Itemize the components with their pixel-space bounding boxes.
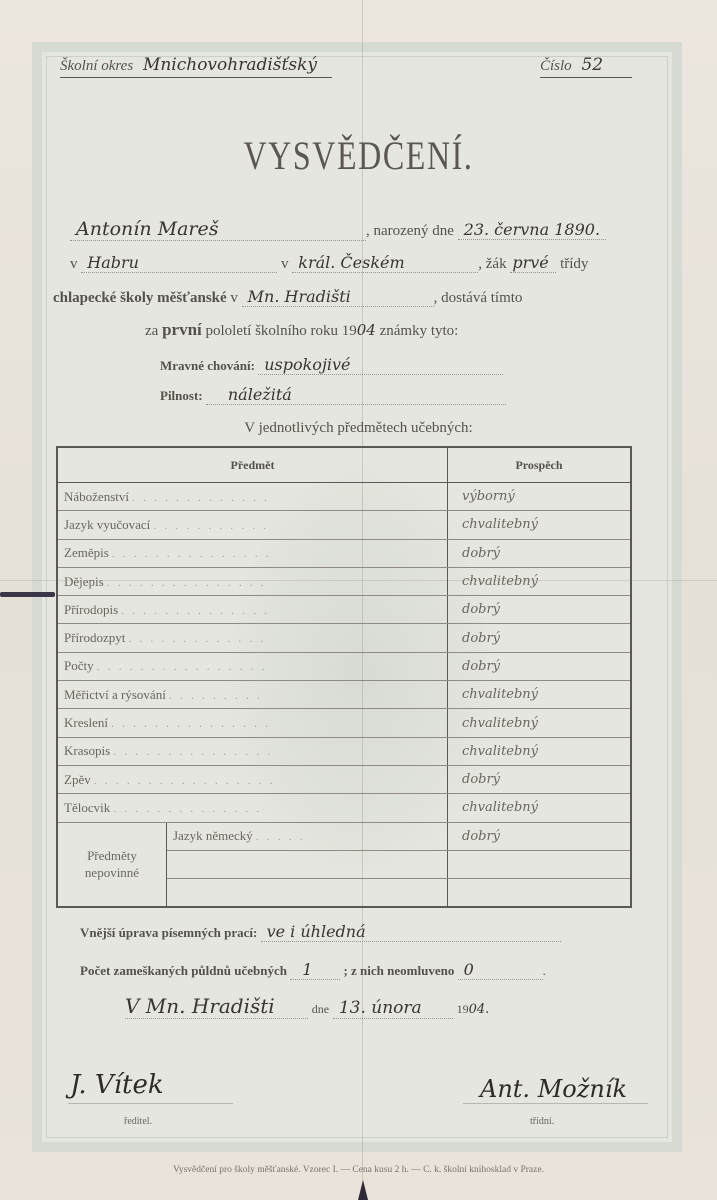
director-signature-line [68,1103,233,1104]
written-work-line: Vnější úprava písemných prací: ve i úhle… [80,922,561,942]
grade-value: dobrý [448,822,632,850]
date-value: 13. února [333,998,453,1019]
grade-value: chvalitebný [448,511,632,539]
subject-name: Kreslení [64,715,108,730]
subject-name: Jazyk německý [173,828,253,843]
subjects-heading: V jednotlivých předmětech učebných: [0,420,717,437]
grade-value [448,879,632,908]
document-title: VYSVĚDČENÍ. [72,132,646,179]
optional-label-1: Předměty [87,848,137,863]
birth-date: 23. června 1890. [458,220,606,240]
header-subject: Předmět [57,447,448,483]
subject-name: Přírodozpyt [64,630,125,645]
absences-end: . [543,963,546,978]
date-year-hand: 04. [469,1002,490,1017]
region-prefix: v [281,256,289,272]
class-suffix: třídy [560,256,588,272]
left-tear [0,592,55,597]
school-prefix: v [230,290,238,306]
district-label: Školní okres [60,58,133,74]
pupil-label: , žák [478,256,506,272]
written-work-value: ve i úhledná [261,922,561,942]
absences-value: 1 [290,960,340,980]
teacher-signature: Ant. Možník [480,1075,627,1103]
number-label: Číslo [540,58,572,74]
diligence-line: Pilnost: náležitá [160,385,506,405]
year-printed: 19 [342,323,357,339]
grade-value: chvalitebný [448,794,632,822]
table-row: Měřictví a rýsování . . . . . . . . .chv… [57,681,631,709]
written-work-label: Vnější úprava písemných prací: [80,925,257,940]
dne-label: dne [312,1002,329,1016]
director-signature: J. Vítek [70,1070,164,1100]
grade-value: chvalitebný [448,681,632,709]
subject-name: Přírodopis [64,602,118,617]
table-row: Kreslení . . . . . . . . . . . . . . .ch… [57,709,631,737]
grade-value: dobrý [448,765,632,793]
subject-name: Dějepis [64,574,104,589]
school-type: chlapecké školy měšťanské [53,290,227,306]
term-suffix: pololetí školního roku [206,323,339,339]
header-grade: Prospěch [448,447,632,483]
table-row: Tělocvik . . . . . . . . . . . . . .chva… [57,794,631,822]
director-label: ředitel. [124,1116,152,1127]
table-row: Počty . . . . . . . . . . . . . . . .dob… [57,652,631,680]
table-row: Zeměpis . . . . . . . . . . . . . . .dob… [57,539,631,567]
school-line: chlapecké školy měšťanské v Mn. Hradišti… [53,287,522,307]
school-place: Mn. Hradišti [242,287,434,307]
student-name-line: Antonín Mareš, narozený dne 23. června 1… [70,218,606,241]
table-row-optional: Předměty nepovinné Jazyk německý . . . .… [57,822,631,850]
grade-value: dobrý [448,539,632,567]
absences-line: Počet zameškaných půldnů učebných 1 ; z … [80,960,546,980]
subject-name: Krasopis [64,743,110,758]
printer-footer: Vysvědčení pro školy měšťanské. Vzorec I… [0,1165,717,1175]
school-district: Školní okres Mnichovohradišťský [60,55,332,78]
born-label: , narozený dne [366,223,454,239]
teacher-label: třídní. [530,1116,554,1127]
grades-suffix: známky tyto: [380,323,459,339]
date-year-printed: 19 [457,1002,469,1016]
region: král. Českém [292,253,478,273]
table-row: Dějepis . . . . . . . . . . . . . . .chv… [57,567,631,595]
subject-name [167,850,448,878]
table-row: Přírodozpyt . . . . . . . . . . . . .dob… [57,624,631,652]
student-name: Antonín Mareš [70,218,366,241]
grade-value: dobrý [448,596,632,624]
diligence-value: náležitá [206,385,506,405]
subject-name: Jazyk vyučovací [64,517,150,532]
class-number: prvé [510,253,556,273]
grade-value: chvalitebný [448,567,632,595]
certificate-number: Číslo 52 [540,55,632,78]
term-line: za první pololetí školního roku 1904 zná… [145,320,458,340]
grade-value: dobrý [448,652,632,680]
teacher-signature-line [463,1103,648,1104]
conduct-value: uspokojivé [258,355,503,375]
absences-label: Počet zameškaných půldnů učebných [80,963,287,978]
table-row: Zpěv . . . . . . . . . . . . . . . . .do… [57,765,631,793]
year-hand: 04 [357,321,376,339]
subject-name: Zpěv [64,772,91,787]
subject-name: Počty [64,658,94,673]
grade-value: chvalitebný [448,737,632,765]
table-row: Náboženství . . . . . . . . . . . . .výb… [57,483,631,511]
grades-table: Předmět Prospěch Náboženství . . . . . .… [56,446,632,908]
subject-name: Náboženství [64,489,129,504]
table-row: Jazyk vyučovací . . . . . . . . . . .chv… [57,511,631,539]
grade-value [448,850,632,878]
subject-name [167,879,448,908]
date-place: V Mn. Hradišti [125,994,308,1019]
subject-name: Zeměpis [64,545,109,560]
birthplace-line: v Habru v král. Českém, žák prvé třídy [70,253,588,273]
number-value: 52 [581,55,603,75]
conduct-line: Mravné chování: uspokojivé [160,355,503,375]
date-line: V Mn. Hradišti dne 13. února 1904. [125,994,489,1019]
term: první [162,320,202,339]
conduct-label: Mravné chování: [160,358,255,373]
subject-name: Tělocvik [64,800,110,815]
district-value: Mnichovohradišťský [143,55,317,75]
place-prefix: v [70,256,78,272]
optional-label-2: nepovinné [85,865,139,880]
grade-value: výborný [448,483,632,511]
table-row: Přírodopis . . . . . . . . . . . . . .do… [57,596,631,624]
grade-value: dobrý [448,624,632,652]
term-prefix: za [145,323,158,339]
birthplace: Habru [81,253,277,273]
diligence-label: Pilnost: [160,388,203,403]
subject-name: Měřictví a rýsování [64,687,166,702]
unexcused-label: ; z nich neomluveno [343,963,454,978]
grade-value: chvalitebný [448,709,632,737]
optional-subjects-label: Předměty nepovinné [57,822,167,907]
receives-label: , dostává tímto [434,290,523,306]
unexcused-value: 0 [458,960,543,980]
table-row: Krasopis . . . . . . . . . . . . . . .ch… [57,737,631,765]
